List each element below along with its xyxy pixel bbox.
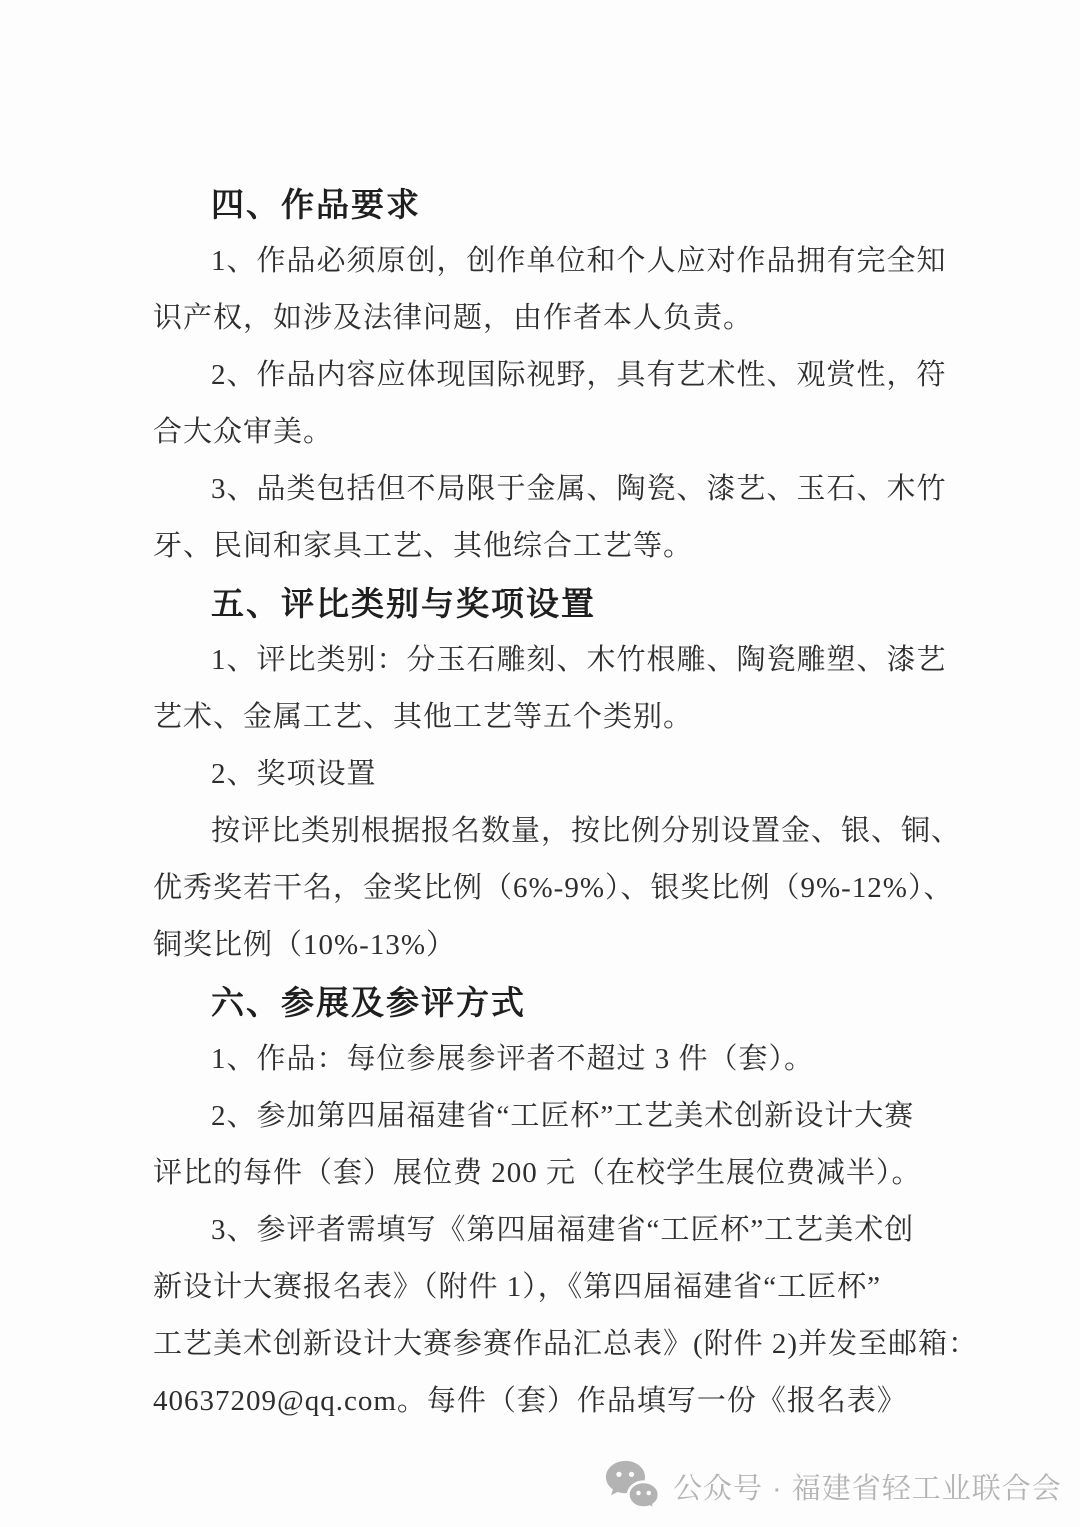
document-line: 2、作品内容应体现国际视野，具有艺术性、观赏性，符 — [153, 347, 1013, 404]
document-line: 识产权，如涉及法律问题，由作者本人负责。 — [153, 290, 1013, 347]
document-line: 2、奖项设置 — [153, 746, 1013, 803]
document-line: 3、品类包括但不局限于金属、陶瓷、漆艺、玉石、木竹 — [153, 461, 1013, 518]
document-line: 牙、民间和家具工艺、其他综合工艺等。 — [153, 518, 1013, 575]
page: { "page": { "background": "#fdfdfd", "te… — [0, 0, 1080, 1527]
document-line: 评比的每件（套）展位费 200 元（在校学生展位费减半）。 — [153, 1145, 1013, 1202]
document-line: 合大众审美。 — [153, 404, 1013, 461]
document-line: 工艺美术创新设计大赛参赛作品汇总表》(附件 2)并发至邮箱： — [153, 1316, 1013, 1373]
document-line: 按评比类别根据报名数量，按比例分别设置金、银、铜、 — [153, 803, 1013, 860]
document-line: 1、评比类别：分玉石雕刻、木竹根雕、陶瓷雕塑、漆艺 — [153, 632, 1013, 689]
wechat-icon — [604, 1459, 660, 1513]
document-line: 3、参评者需填写《第四届福建省“工匠杯”工艺美术创 — [153, 1202, 1013, 1259]
document-line: 优秀奖若干名，金奖比例（6%-9%）、银奖比例（9%-12%）、 — [153, 860, 1013, 917]
document-body: 四、作品要求1、作品必须原创，创作单位和个人应对作品拥有完全知识产权，如涉及法律… — [153, 176, 1013, 1430]
document-line: 1、作品：每位参展参评者不超过 3 件（套）。 — [153, 1031, 1013, 1088]
section-heading: 六、参展及参评方式 — [153, 974, 1013, 1031]
section-heading: 五、评比类别与奖项设置 — [153, 575, 1013, 632]
document-line: 1、作品必须原创，创作单位和个人应对作品拥有完全知 — [153, 233, 1013, 290]
document-line: 新设计大赛报名表》（附件 1），《第四届福建省“工匠杯” — [153, 1259, 1013, 1316]
document-line: 40637209@qq.com。每件（套）作品填写一份《报名表》 — [153, 1373, 1013, 1430]
document-line: 铜奖比例（10%-13%） — [153, 917, 1013, 974]
watermark-label: 公众号 · 福建省轻工业联合会 — [673, 1466, 1062, 1507]
document-line: 2、参加第四届福建省“工匠杯”工艺美术创新设计大赛 — [153, 1088, 1013, 1145]
wechat-watermark: 公众号 · 福建省轻工业联合会 — [604, 1458, 1062, 1514]
section-heading: 四、作品要求 — [153, 176, 1013, 233]
document-line: 艺术、金属工艺、其他工艺等五个类别。 — [153, 689, 1013, 746]
